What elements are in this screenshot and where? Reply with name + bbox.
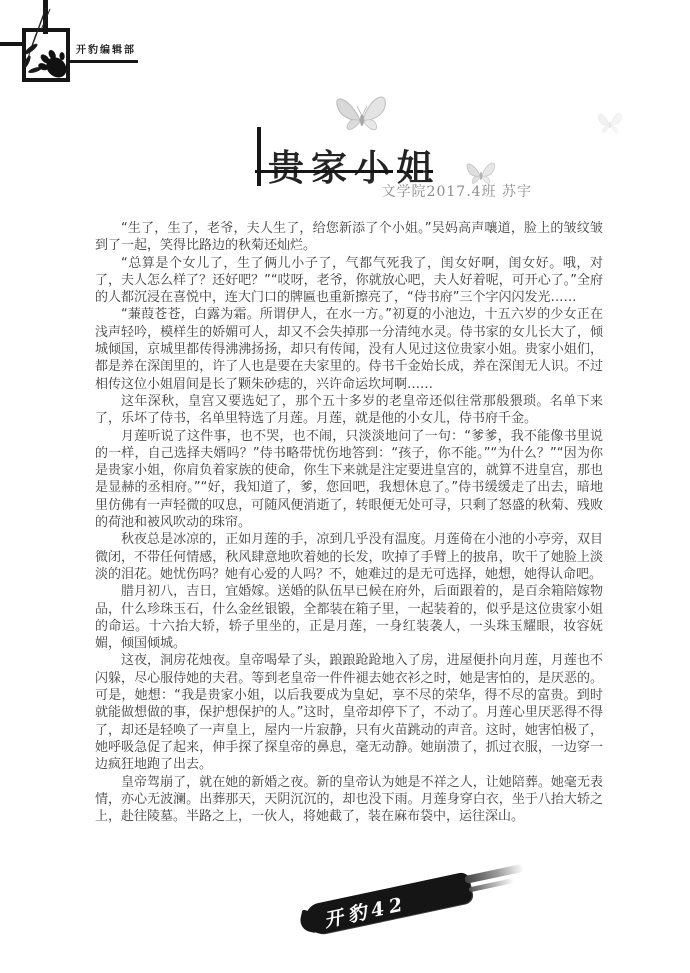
story-body: “生了，生了，老爷，夫人生了，给您新添了个小姐。”吴妈高声嚷道，脸上的皱纹皱到了… [95,220,603,825]
title-accent-vertical-line [257,127,261,186]
story-paragraph: 腊月初八，吉日，宜婚嫁。送婚的队伍早已候在府外，后面跟着的，是百余箱陪嫁物品，什… [95,583,603,652]
butterfly-icon-large [330,90,394,134]
editorial-label: 开豹编辑部 [76,41,146,56]
story-paragraph: 月莲听说了这件事，也不哭，也不闹，只淡淡地问了一句：“爹爹，我不能像书里说的一样… [95,428,603,532]
story-paragraph: “生了，生了，老爷，夫人生了，给您新添了个小姐。”吴妈高声嚷道，脸上的皱纹皱到了… [95,220,603,255]
footer-banner: 开豹42 [298,886,528,956]
title-underline [255,170,393,173]
story-paragraph: “蒹葭苍苍，白露为霜。所谓伊人，在水一方。”初夏的小池边，十五六岁的少女正在浅声… [95,306,603,392]
story-paragraph: 皇帝驾崩了，就在她的新婚之夜。新的皇帝认为她是不祥之人，让她陪葬。她毫无表情，亦… [95,774,603,826]
story-paragraph: 这夜，洞房花烛夜。皇帝喝晕了头，踉踉跄跄地入了房，进屋便扑向月莲，月莲也不闪躲，… [95,652,603,773]
butterfly-icon-faint [596,108,624,142]
story-paragraph: “总算是个女儿了，生了俩儿小子了，气都气死我了，闺女好啊，闺女好。哦，对了，夫人… [95,255,603,307]
page-number-label: 开豹42 [303,871,474,936]
byline: 文学院2017.4班 苏宇 [350,181,532,201]
magazine-page: 开豹编辑部 贵家小姐 文学院2017.4班 苏宇 “生了，生了，老爷，夫人生了，… [0,0,690,973]
title-underline-dashes [397,170,433,173]
bamboo-icon [22,8,50,74]
brush-streak [468,878,514,892]
story-paragraph: 这年深秋，皇宫又要选妃了，那个五十多岁的老皇帝还似往常那般猥琐。名单下来了，乐坏… [95,393,603,428]
story-paragraph: 秋夜总是冰凉的，正如月莲的手，凉到几乎没有温度。月莲倚在小池的小亭旁，双目微闭，… [95,531,603,583]
brush-stroke: 开豹42 [303,871,474,936]
masthead-logo: 开豹编辑部 [0,0,300,100]
